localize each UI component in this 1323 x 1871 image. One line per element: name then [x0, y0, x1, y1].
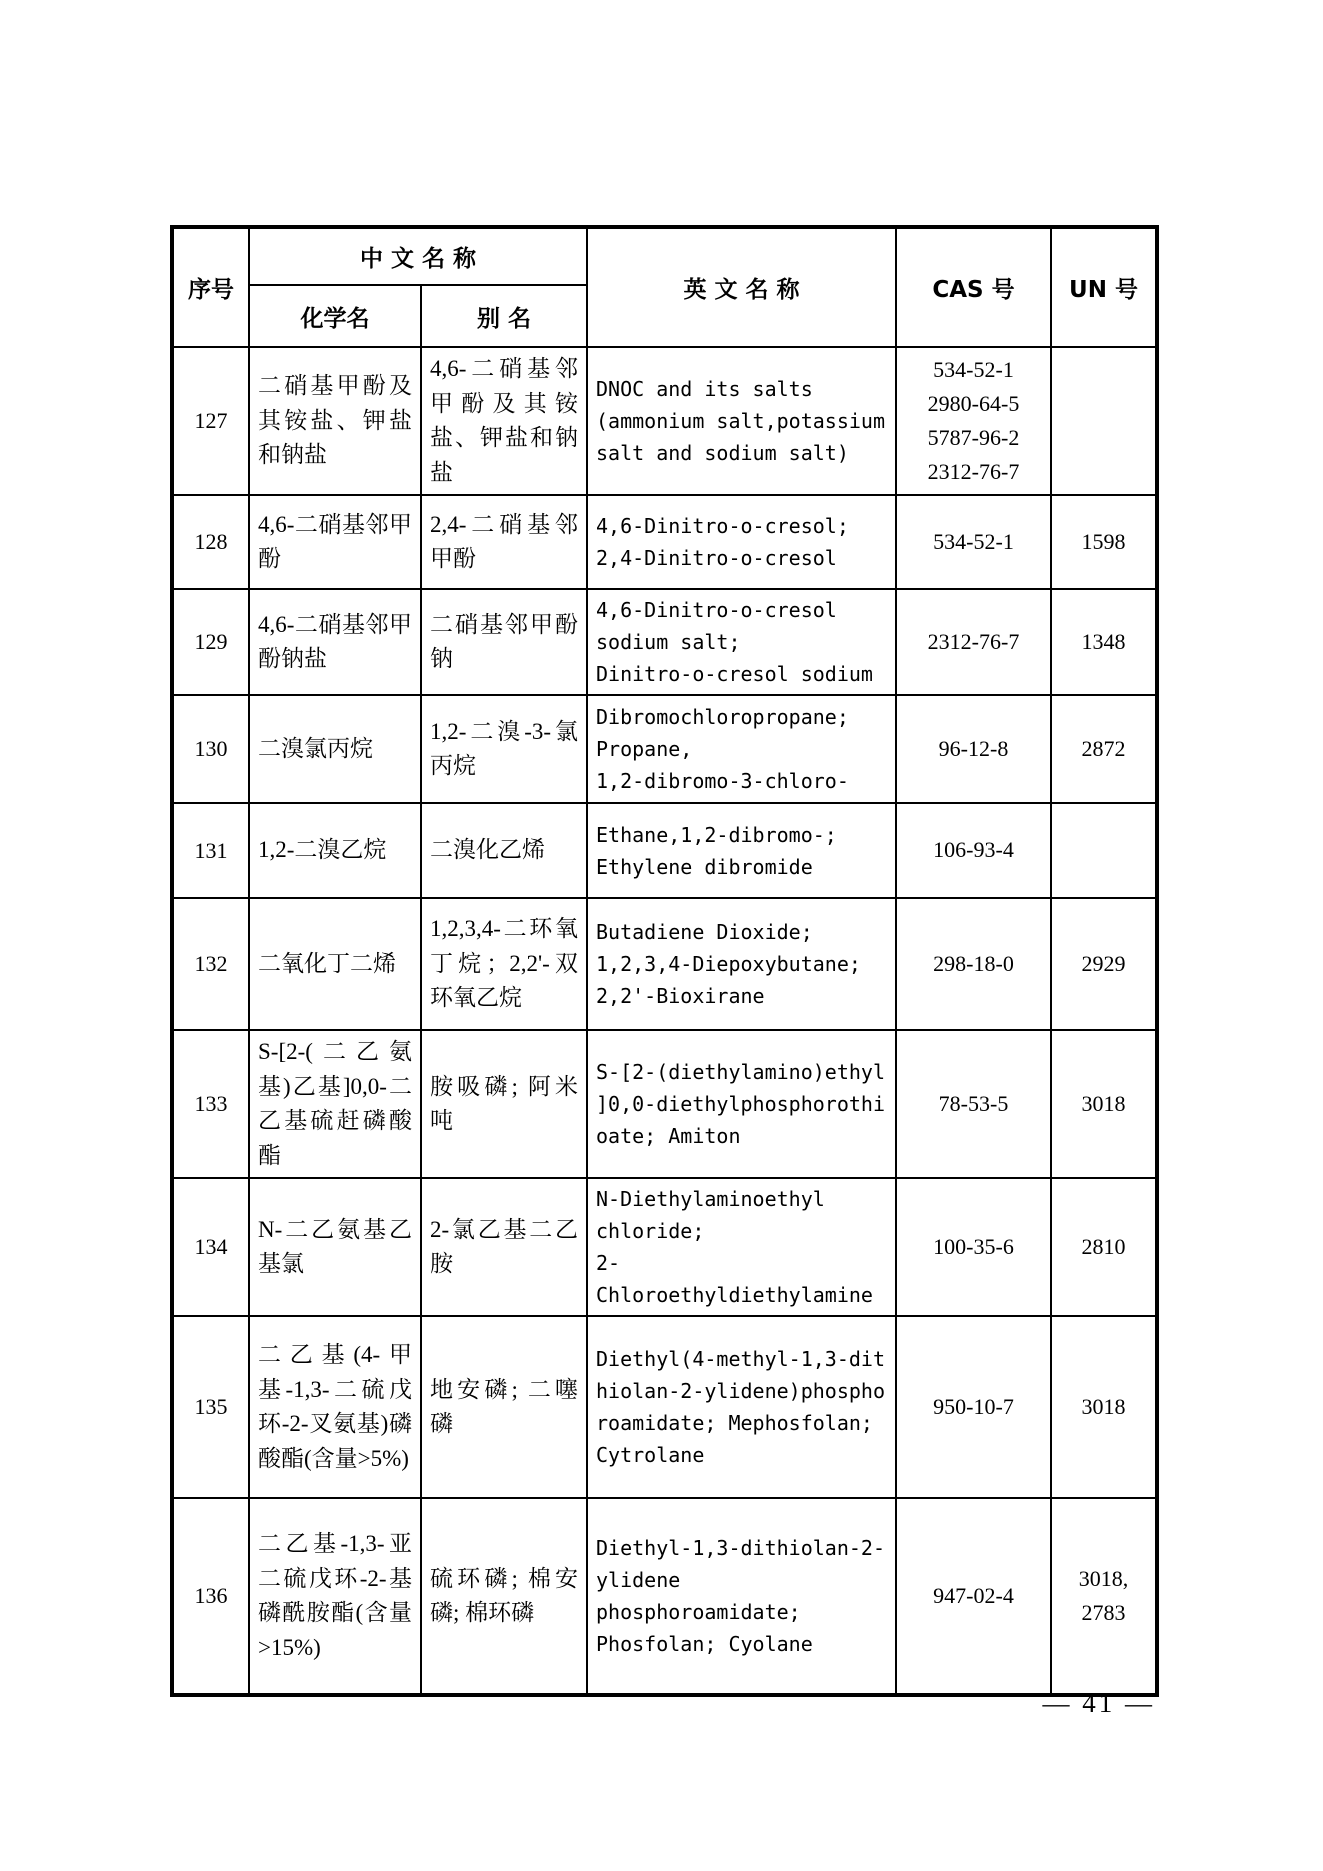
chemical-name-cn: N-二乙氨基乙基氯: [249, 1178, 421, 1316]
alias-cn: 1,2,3,4-二环氧丁烷；2,2'-双环氧乙烷: [421, 898, 587, 1030]
un-number: 3018: [1051, 1030, 1157, 1178]
english-name: Ethane,1,2-dibromo-; Ethylene dibromide: [587, 803, 896, 898]
chemical-name-cn: 二硝基甲酚及其铵盐、钾盐和钠盐: [249, 347, 421, 495]
english-name: 4,6-Dinitro-o-cresol sodium salt; Dinitr…: [587, 589, 896, 695]
row-serial-number: 131: [172, 803, 249, 898]
table-row: 136 二乙基-1,3-亚二硫戊环-2-基磷酰胺酯(含量>15%) 硫环磷; 棉…: [172, 1498, 1157, 1695]
table-row: 131 1,2-二溴乙烷 二溴化乙烯 Ethane,1,2-dibromo-; …: [172, 803, 1157, 898]
un-number: 1598: [1051, 495, 1157, 589]
table-header: 序号 中 文 名 称 英 文 名 称 CAS 号 UN 号 化学名 别 名: [172, 227, 1157, 347]
chemical-name-cn: 4,6-二硝基邻甲酚: [249, 495, 421, 589]
row-serial-number: 133: [172, 1030, 249, 1178]
table-row: 130 二溴氯丙烷 1,2-二溴-3-氯丙烷 Dibromochloroprop…: [172, 695, 1157, 803]
cas-number: 534-52-1: [896, 495, 1051, 589]
page-number: — 41 —: [0, 1688, 1155, 1719]
un-number: [1051, 347, 1157, 495]
english-name: S-[2-(diethylamino)ethyl ]0,0-diethylpho…: [587, 1030, 896, 1178]
alias-cn: 地安磷; 二噻磷: [421, 1316, 587, 1498]
english-name: Diethyl-1,3-dithiolan-2- ylidene phospho…: [587, 1498, 896, 1695]
row-serial-number: 132: [172, 898, 249, 1030]
alias-cn: 二溴化乙烯: [421, 803, 587, 898]
cas-number: 100-35-6: [896, 1178, 1051, 1316]
chemical-name-cn: 4,6-二硝基邻甲酚钠盐: [249, 589, 421, 695]
english-name: 4,6-Dinitro-o-cresol; 2,4-Dinitro-o-cres…: [587, 495, 896, 589]
chemicals-table: 序号 中 文 名 称 英 文 名 称 CAS 号 UN 号 化学名 别 名 12…: [170, 225, 1159, 1697]
chemical-name-cn: S-[2-(二乙氨基)乙基]0,0-二乙基硫赶磷酸酯: [249, 1030, 421, 1178]
alias-cn: 1,2-二溴-3-氯丙烷: [421, 695, 587, 803]
cas-number: 534-52-1 2980-64-5 5787-96-2 2312-76-7: [896, 347, 1051, 495]
table-row: 132 二氧化丁二烯 1,2,3,4-二环氧丁烷；2,2'-双环氧乙烷 Buta…: [172, 898, 1157, 1030]
cas-number: 947-02-4: [896, 1498, 1051, 1695]
cas-number: 2312-76-7: [896, 589, 1051, 695]
chemical-name-cn: 二乙基(4-甲基-1,3-二硫戊环-2-叉氨基)磷酸酯(含量>5%): [249, 1316, 421, 1498]
header-chemical-name: 化学名: [249, 285, 421, 347]
english-name: N-Diethylaminoethyl chloride; 2-Chloroet…: [587, 1178, 896, 1316]
english-name: Butadiene Dioxide; 1,2,3,4-Diepoxybutane…: [587, 898, 896, 1030]
document-page: 序号 中 文 名 称 英 文 名 称 CAS 号 UN 号 化学名 别 名 12…: [0, 0, 1323, 1871]
un-number: 3018: [1051, 1316, 1157, 1498]
table-row: 133 S-[2-(二乙氨基)乙基]0,0-二乙基硫赶磷酸酯 胺吸磷; 阿米吨 …: [172, 1030, 1157, 1178]
un-number: 1348: [1051, 589, 1157, 695]
table-row: 134 N-二乙氨基乙基氯 2-氯乙基二乙胺 N-Diethylaminoeth…: [172, 1178, 1157, 1316]
table-row: 135 二乙基(4-甲基-1,3-二硫戊环-2-叉氨基)磷酸酯(含量>5%) 地…: [172, 1316, 1157, 1498]
alias-cn: 硫环磷; 棉安磷; 棉环磷: [421, 1498, 587, 1695]
alias-cn: 2-氯乙基二乙胺: [421, 1178, 587, 1316]
row-serial-number: 127: [172, 347, 249, 495]
row-serial-number: 129: [172, 589, 249, 695]
row-serial-number: 130: [172, 695, 249, 803]
header-english-name: 英 文 名 称: [587, 227, 896, 347]
row-serial-number: 135: [172, 1316, 249, 1498]
row-serial-number: 128: [172, 495, 249, 589]
cas-number: 78-53-5: [896, 1030, 1051, 1178]
table-row: 127 二硝基甲酚及其铵盐、钾盐和钠盐 4,6-二硝基邻甲酚及其铵盐、钾盐和钠盐…: [172, 347, 1157, 495]
header-cas-number: CAS 号: [896, 227, 1051, 347]
un-number: 3018, 2783: [1051, 1498, 1157, 1695]
un-number: 2810: [1051, 1178, 1157, 1316]
alias-cn: 2,4-二硝基邻甲酚: [421, 495, 587, 589]
un-number: 2929: [1051, 898, 1157, 1030]
cas-number: 950-10-7: [896, 1316, 1051, 1498]
header-alias-name: 别 名: [421, 285, 587, 347]
cas-number: 106-93-4: [896, 803, 1051, 898]
alias-cn: 二硝基邻甲酚钠: [421, 589, 587, 695]
header-row-1: 序号 中 文 名 称 英 文 名 称 CAS 号 UN 号: [172, 227, 1157, 285]
chemical-name-cn: 1,2-二溴乙烷: [249, 803, 421, 898]
table-body: 127 二硝基甲酚及其铵盐、钾盐和钠盐 4,6-二硝基邻甲酚及其铵盐、钾盐和钠盐…: [172, 347, 1157, 1695]
un-number: [1051, 803, 1157, 898]
table-row: 128 4,6-二硝基邻甲酚 2,4-二硝基邻甲酚 4,6-Dinitro-o-…: [172, 495, 1157, 589]
chemical-name-cn: 二乙基-1,3-亚二硫戊环-2-基磷酰胺酯(含量>15%): [249, 1498, 421, 1695]
chemical-name-cn: 二溴氯丙烷: [249, 695, 421, 803]
header-chinese-name-group: 中 文 名 称: [249, 227, 587, 285]
row-serial-number: 136: [172, 1498, 249, 1695]
cas-number: 96-12-8: [896, 695, 1051, 803]
table-row: 129 4,6-二硝基邻甲酚钠盐 二硝基邻甲酚钠 4,6-Dinitro-o-c…: [172, 589, 1157, 695]
english-name: Dibromochloropropane; Propane, 1,2-dibro…: [587, 695, 896, 803]
un-number: 2872: [1051, 695, 1157, 803]
alias-cn: 4,6-二硝基邻甲酚及其铵盐、钾盐和钠盐: [421, 347, 587, 495]
english-name: Diethyl(4-methyl-1,3-dit hiolan-2-yliden…: [587, 1316, 896, 1498]
header-un-number: UN 号: [1051, 227, 1157, 347]
cas-number: 298-18-0: [896, 898, 1051, 1030]
row-serial-number: 134: [172, 1178, 249, 1316]
chemical-name-cn: 二氧化丁二烯: [249, 898, 421, 1030]
header-serial-number: 序号: [172, 227, 249, 347]
english-name: DNOC and its salts (ammonium salt,potass…: [587, 347, 896, 495]
alias-cn: 胺吸磷; 阿米吨: [421, 1030, 587, 1178]
